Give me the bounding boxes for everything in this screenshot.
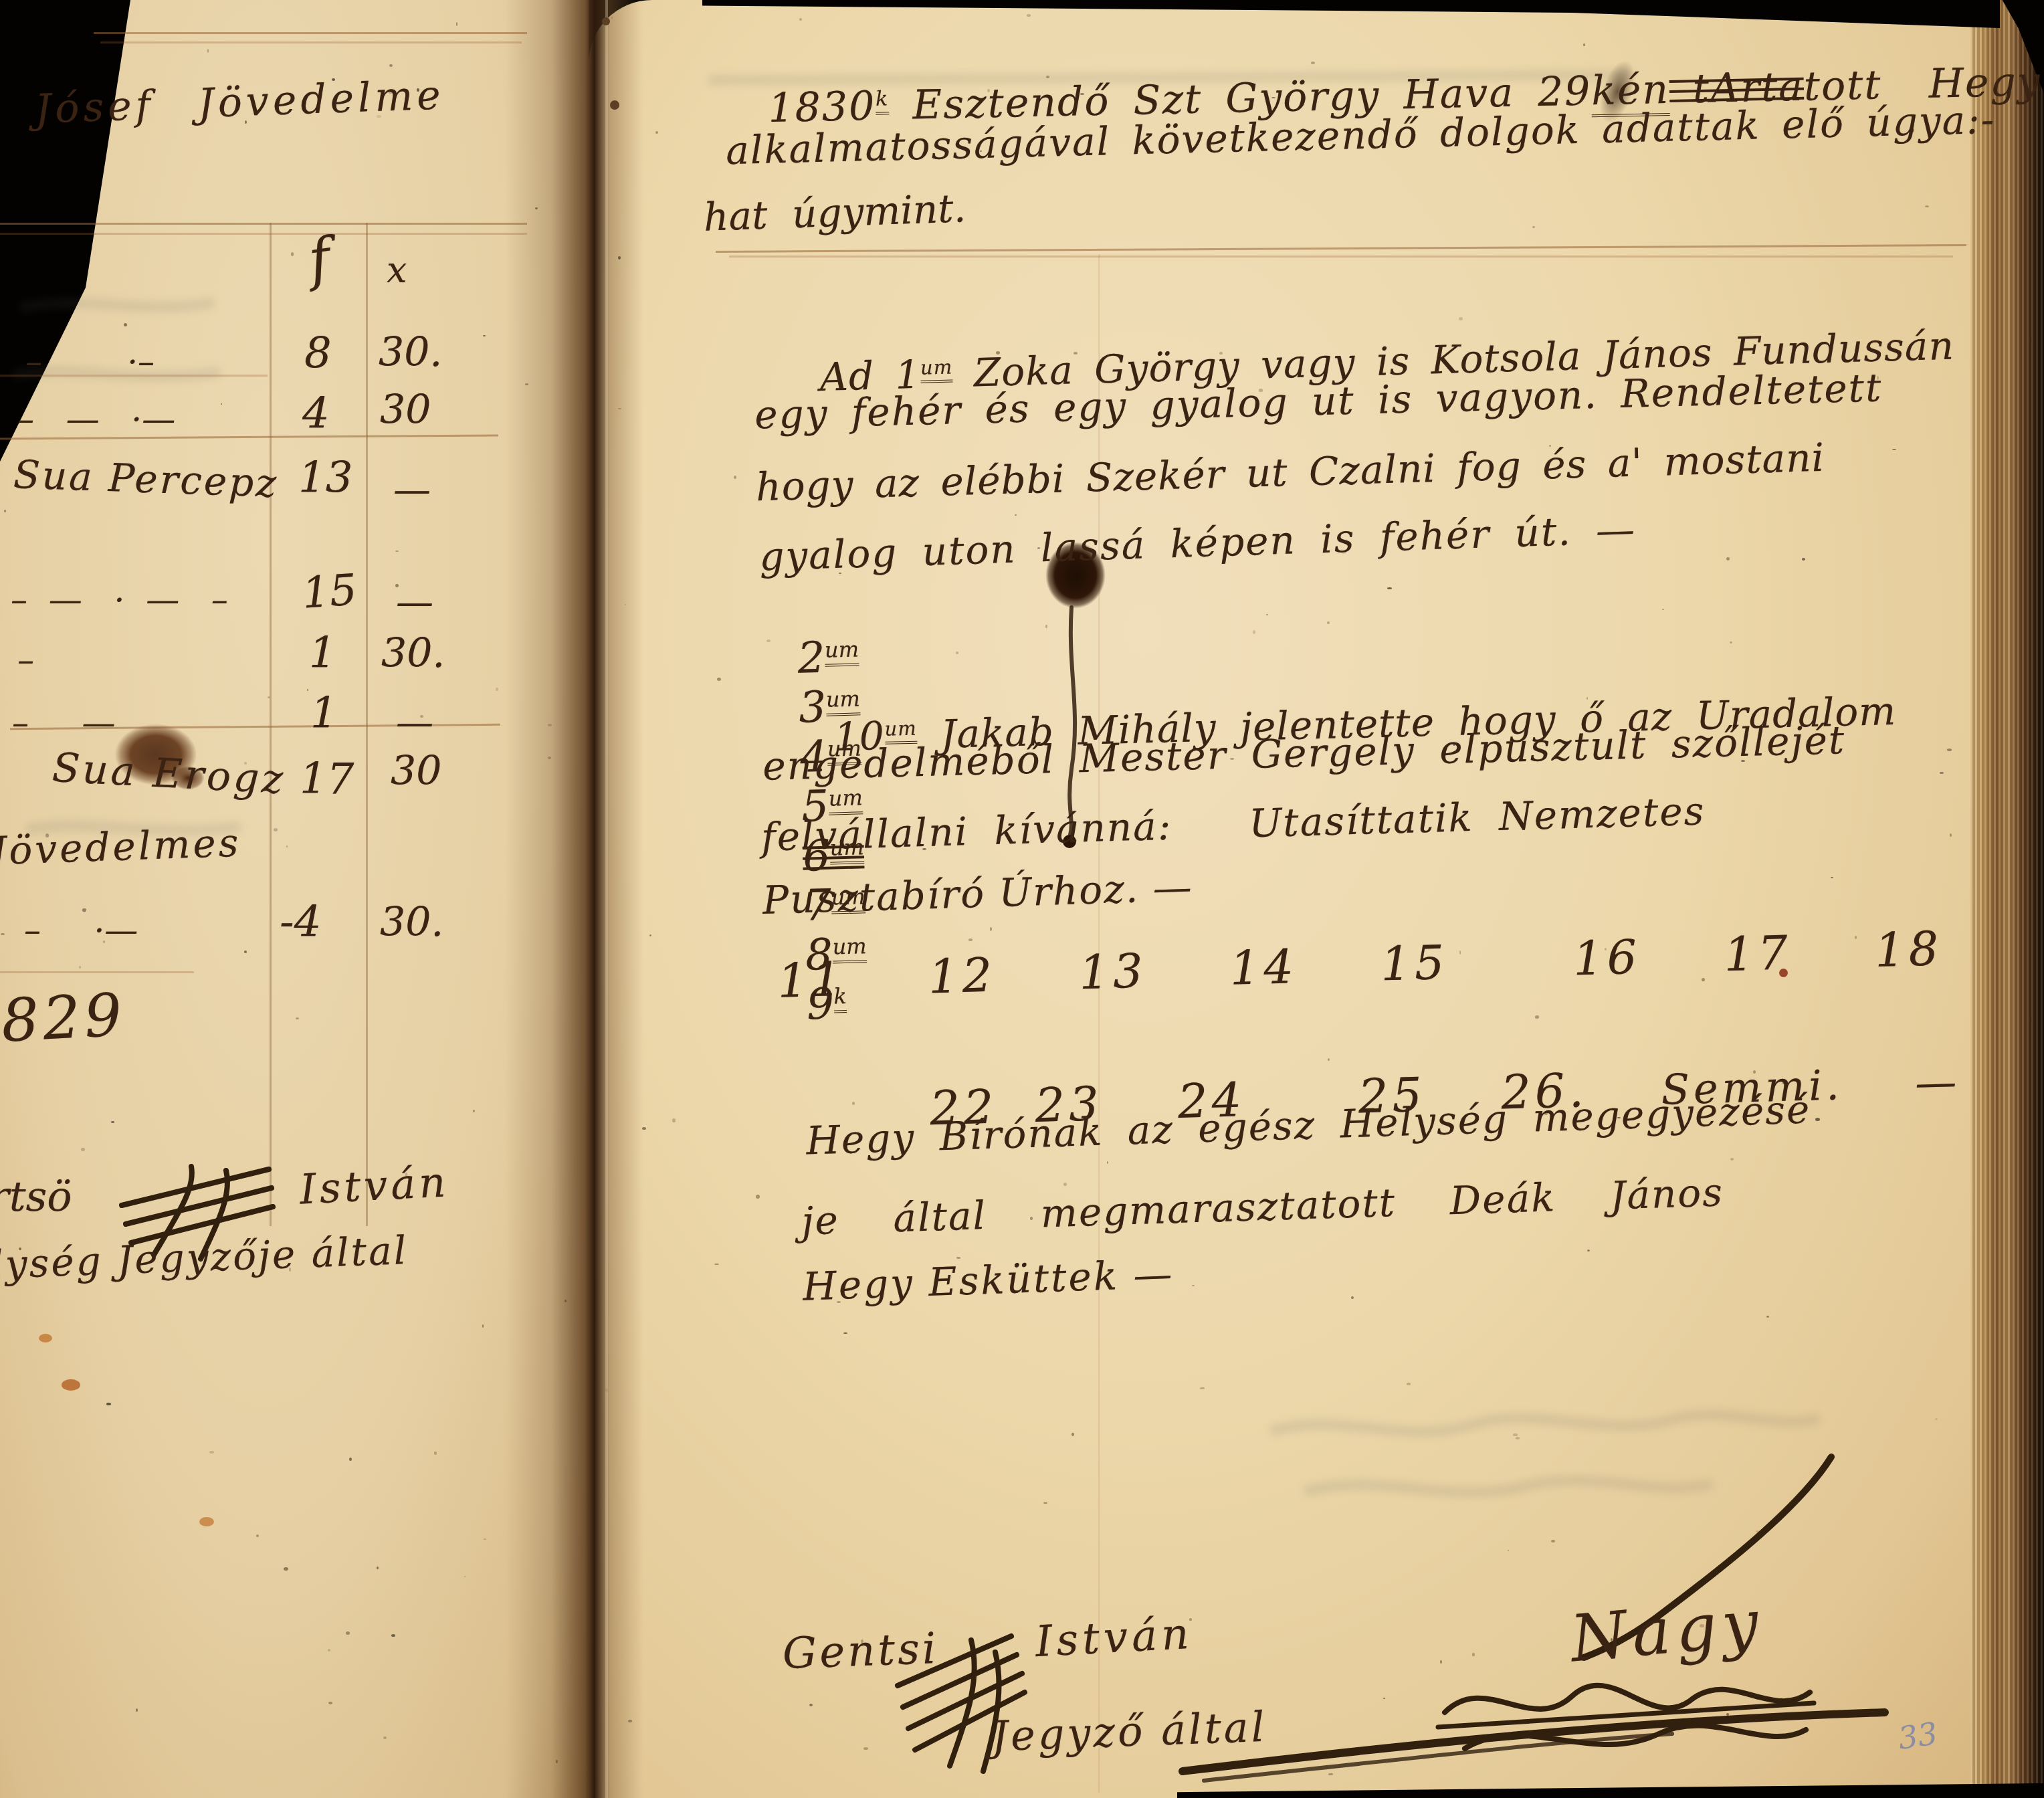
paper-speck	[649, 934, 651, 936]
paper-speck	[328, 1702, 332, 1704]
jovedelmes-label: Jövedelmes	[0, 819, 241, 874]
paper-speck	[548, 757, 551, 759]
paper-speck	[605, 1389, 608, 1392]
row-dashes: –	[17, 641, 34, 680]
paper-speck	[799, 18, 802, 21]
paper-speck	[284, 1567, 288, 1571]
paper-speck	[1027, 14, 1031, 17]
left-notary-name: István	[298, 1157, 450, 1214]
notary-signature-role: Jegyző által	[991, 1702, 1268, 1761]
row-dashes: – —	[12, 704, 115, 742]
paper-speck	[956, 652, 958, 654]
page-number-pencil: 33	[1896, 1715, 1940, 1757]
row-krajcar: 30	[380, 387, 431, 433]
sum-erog-forint: 17	[300, 755, 354, 804]
paper-speck	[548, 724, 552, 726]
paper-speck	[1516, 1437, 1520, 1439]
paper-speck	[1512, 1731, 1514, 1734]
row-dashes: – ·–	[25, 342, 155, 381]
row-forint: 1	[310, 689, 338, 738]
paper-speck	[1, 933, 5, 935]
paper-speck	[756, 1195, 760, 1199]
col-header-krajcar: x	[387, 249, 407, 291]
paper-speck	[79, 966, 81, 969]
paper-speck	[714, 1264, 719, 1265]
paper-speck	[81, 1148, 85, 1151]
row-forint: 8	[304, 329, 332, 379]
paper-speck	[434, 1452, 437, 1455]
row-forint: -4	[280, 898, 321, 947]
binding-hole	[610, 100, 619, 110]
paper-speck	[734, 476, 736, 479]
table-vline-forint	[270, 223, 272, 1226]
paper-speck	[1766, 1316, 1769, 1318]
paper-speck	[124, 323, 127, 326]
paper-speck	[990, 927, 992, 931]
paper-speck	[525, 383, 528, 385]
notary-signature-name: István	[1034, 1609, 1194, 1667]
paper-speck	[672, 1118, 676, 1122]
row-forint: 4	[302, 389, 330, 439]
paper-speck	[655, 131, 658, 134]
paper-speck	[496, 688, 498, 691]
paper-speck	[809, 1704, 813, 1706]
sum-percep-label: Sua Percepz	[13, 452, 279, 506]
paper-speck	[1940, 772, 1944, 774]
paper-speck	[244, 951, 247, 953]
paper-speck	[1947, 748, 1952, 751]
left-top-rule-2	[100, 41, 522, 43]
orange-fleck	[199, 1517, 214, 1526]
paper-speck	[1200, 1387, 1205, 1389]
paper-speck	[863, 1747, 868, 1750]
row-dashes: – ·—	[24, 911, 138, 950]
row-krajcar: 30.	[381, 630, 445, 677]
manuscript-scan: Jósef Jövedelme f x – ·– 8 30. – — ·— 4 …	[0, 0, 2044, 1798]
sum-erog-krajcar: 30	[391, 748, 441, 795]
year-overline	[0, 971, 194, 973]
paper-speck	[1892, 449, 1896, 450]
row-krajcar: —	[396, 581, 433, 624]
left-top-rule	[94, 32, 527, 34]
paper-speck	[473, 1110, 475, 1112]
paper-speck	[1440, 1660, 1442, 1664]
paper-speck	[556, 1760, 558, 1763]
table-top-rule	[0, 223, 527, 225]
paper-speck	[209, 1451, 214, 1454]
paper-speck	[1452, 1724, 1454, 1727]
item1-sup: um	[920, 355, 953, 383]
paper-speck	[377, 1567, 379, 1569]
book-fore-edge	[1970, 0, 2044, 1798]
heading-line3: hat úgymint.	[703, 185, 966, 240]
paper-speck	[1472, 1653, 1475, 1656]
sum-percep-forint: 13	[298, 454, 352, 503]
paper-speck	[291, 252, 294, 256]
row-krajcar: 30.	[379, 329, 442, 376]
paper-speck	[1551, 1540, 1555, 1542]
paper-speck	[1328, 1773, 1333, 1775]
paper-speck	[4, 510, 6, 512]
paper-speck	[968, 938, 973, 941]
paper-speck	[111, 1121, 114, 1123]
year-fragment: 829	[0, 980, 128, 1056]
paper-speck	[389, 64, 393, 67]
sum-percep-krajcar: —	[393, 468, 431, 512]
binding-hole	[602, 17, 610, 25]
heading-year-sup: k	[876, 87, 890, 114]
paper-speck	[1802, 558, 1805, 561]
orange-fleck	[39, 1334, 52, 1342]
paper-speck	[1950, 833, 1952, 837]
paper-speck	[1266, 614, 1268, 615]
heading-rule-2	[729, 256, 1953, 258]
paper-speck	[1532, 226, 1535, 228]
left-notary-pre: rtsö	[0, 1172, 72, 1221]
row-forint: 1	[309, 629, 336, 678]
paper-speck	[1756, 1530, 1759, 1532]
paper-speck	[628, 1720, 632, 1722]
row-forint: 15	[301, 565, 359, 619]
paper-speck	[1726, 557, 1730, 561]
paper-speck	[383, 1736, 387, 1739]
paper-speck	[1351, 1296, 1354, 1299]
paper-speck	[1513, 1433, 1518, 1436]
paper-speck	[1407, 1383, 1411, 1385]
orange-fleck	[62, 1379, 80, 1391]
table-top-rule-2	[0, 233, 527, 235]
paper-speck	[611, 17, 613, 19]
paper-speck	[1730, 641, 1732, 643]
row-krajcar: —	[396, 701, 433, 744]
paper-speck	[535, 207, 538, 209]
row-dashes: – — · — –	[11, 581, 228, 619]
paper-speck	[1045, 625, 1047, 628]
row-krajcar: 30.	[380, 899, 443, 946]
row-dashes: – — ·—	[17, 400, 175, 439]
table-vline-krajcar	[366, 223, 368, 1226]
notary-signature-pre: Gentsi	[782, 1624, 940, 1679]
